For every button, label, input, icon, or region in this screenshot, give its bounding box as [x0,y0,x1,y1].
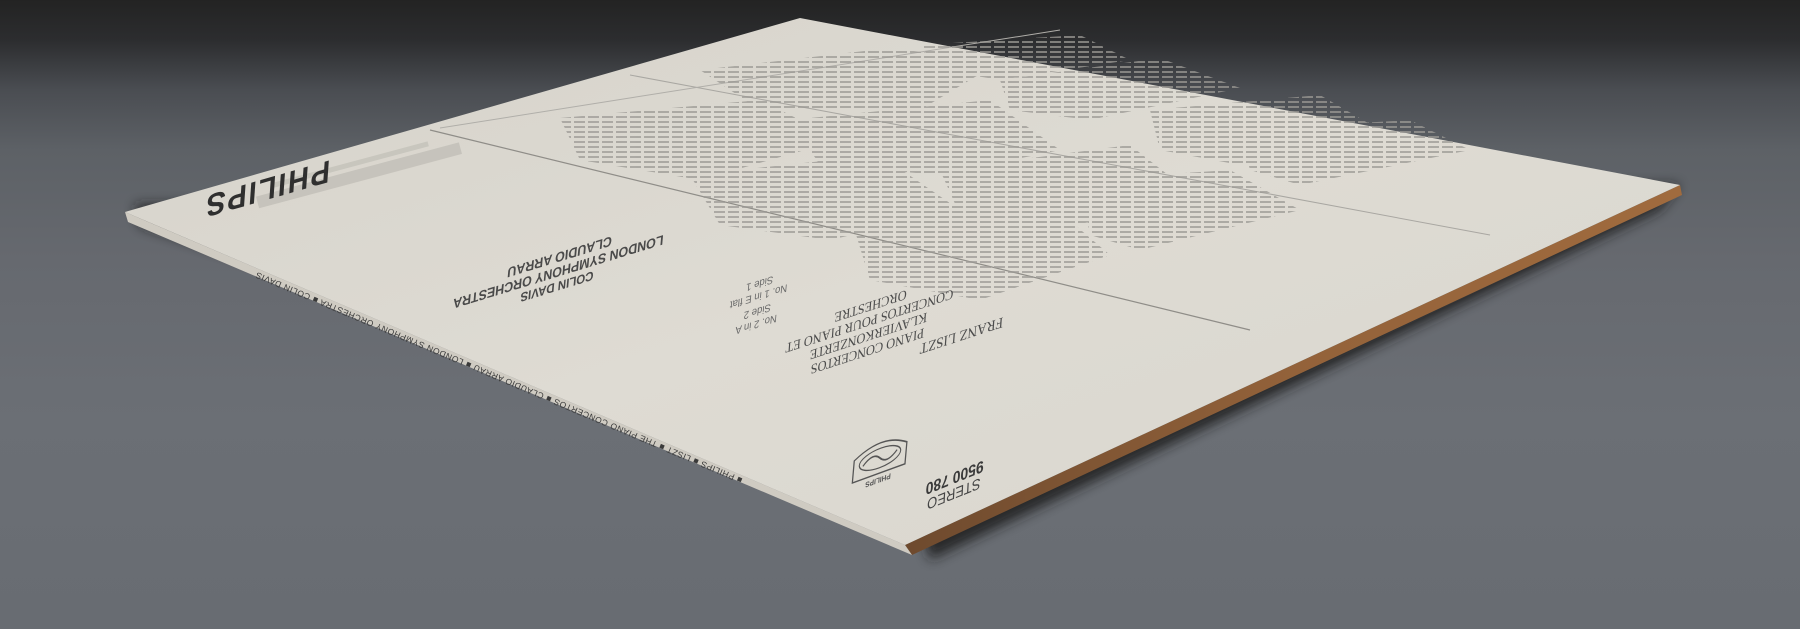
record-jacket-illustration: PHILIPS CLAUDIO ARRAU LONDON SYMPHONY OR… [0,0,1800,629]
photo-scene: PHILIPS CLAUDIO ARRAU LONDON SYMPHONY OR… [0,0,1800,629]
